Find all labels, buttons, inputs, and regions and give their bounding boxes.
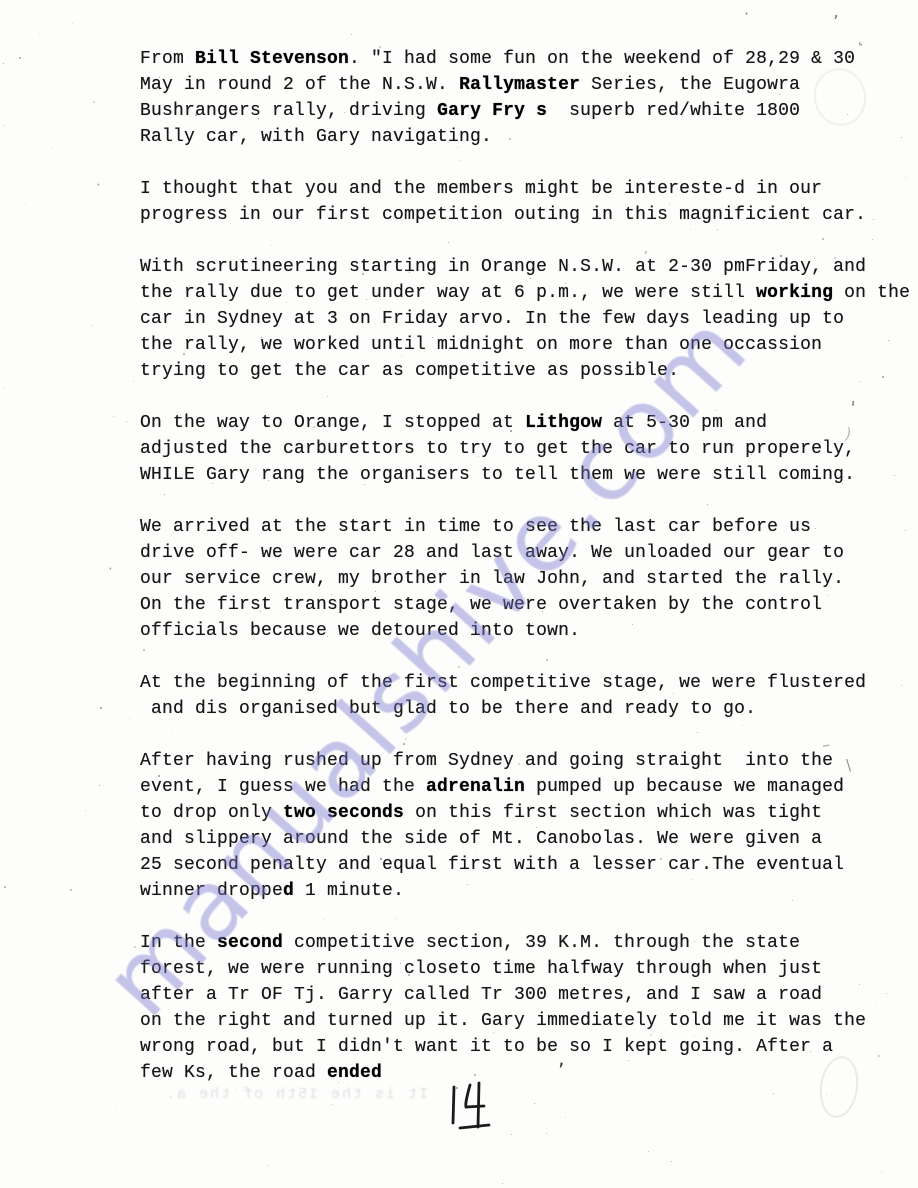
noise-speck [85, 810, 86, 811]
text-run: We arrived at the start in time to see t… [140, 517, 844, 641]
noise-speck [134, 946, 136, 948]
bold-run: adrenalin [426, 777, 525, 797]
noise-speck [3, 63, 4, 64]
paragraph: On the way to Orange, I stopped at Lithg… [140, 410, 918, 488]
noise-speck [67, 802, 68, 803]
noise-speck [129, 718, 130, 719]
noise-speck [565, 1117, 566, 1118]
bold-run: Lithgow [525, 413, 602, 433]
paragraph: We arrived at the start in time to see t… [140, 514, 918, 644]
noise-speck [92, 325, 93, 326]
noise-speck [4, 886, 6, 888]
text-run: 1 minute. [294, 881, 404, 901]
noise-speck [3, 125, 4, 126]
page-number: 14 [443, 1080, 495, 1134]
noise-speck [113, 416, 114, 417]
bold-run: Gary Fry s [437, 101, 547, 121]
bold-run: two seconds [283, 803, 404, 823]
bold-run: ended [327, 1063, 382, 1083]
noise-speck [126, 421, 127, 422]
noise-speck [93, 101, 95, 103]
ink-mark: ˛ [856, 26, 865, 47]
text-run: In the [140, 933, 217, 953]
noise-speck [70, 889, 72, 891]
noise-speck [100, 707, 102, 709]
noise-speck [51, 147, 52, 148]
paragraph: After having rushed up from Sydney and g… [140, 748, 918, 904]
text-run: At the beginning of the first competitiv… [140, 673, 866, 719]
noise-speck [72, 23, 73, 24]
noise-speck [133, 381, 134, 382]
noise-speck [502, 1183, 503, 1184]
noise-speck [790, 3, 791, 4]
noise-speck [511, 1134, 512, 1135]
bold-run: Rallymaster [459, 75, 580, 95]
paragraph: At the beginning of the first competitiv… [140, 670, 918, 722]
scanned-page: manualshive.com It is the 15th of the a.… [0, 0, 918, 1188]
noise-speck [671, 1161, 672, 1162]
noise-speck [228, 1134, 229, 1135]
text-run: On the way to Orange, I stopped at [140, 413, 525, 433]
noise-speck [115, 1109, 116, 1110]
ink-mark: ’ [833, 12, 839, 33]
bold-run: second [217, 933, 283, 953]
paragraph: With scrutineering starting in Orange N.… [140, 254, 918, 384]
noise-speck [99, 785, 100, 786]
noise-speck [546, 1133, 547, 1134]
text-run: From [140, 49, 195, 69]
noise-speck [648, 1151, 649, 1152]
noise-speck [351, 34, 352, 35]
ink-mark: · [744, 4, 749, 23]
bold-run: working [756, 283, 833, 303]
text-run: I thought that you and the members might… [140, 179, 866, 225]
bold-run: Bill Stevenson [195, 49, 349, 69]
handwritten-14-strokes [443, 1080, 495, 1134]
noise-speck [39, 33, 40, 34]
noise-speck [881, 1171, 882, 1172]
letter-body: From Bill Stevenson. "I had some fun on … [140, 46, 918, 1112]
text-run: competitive section, 39 K.M. through the… [140, 933, 866, 1083]
paragraph: From Bill Stevenson. "I had some fun on … [140, 46, 918, 150]
bold-run: d [283, 881, 294, 901]
noise-speck [25, 204, 26, 205]
noise-speck [3, 388, 4, 389]
noise-speck [267, 1165, 268, 1166]
ink-mark: · [108, 560, 113, 578]
noise-speck [122, 614, 123, 615]
paragraph: I thought that you and the members might… [140, 176, 918, 228]
paragraph: In the second competitive section, 39 K.… [140, 930, 918, 1086]
ink-mark: · [96, 176, 101, 194]
noise-speck [19, 57, 21, 59]
